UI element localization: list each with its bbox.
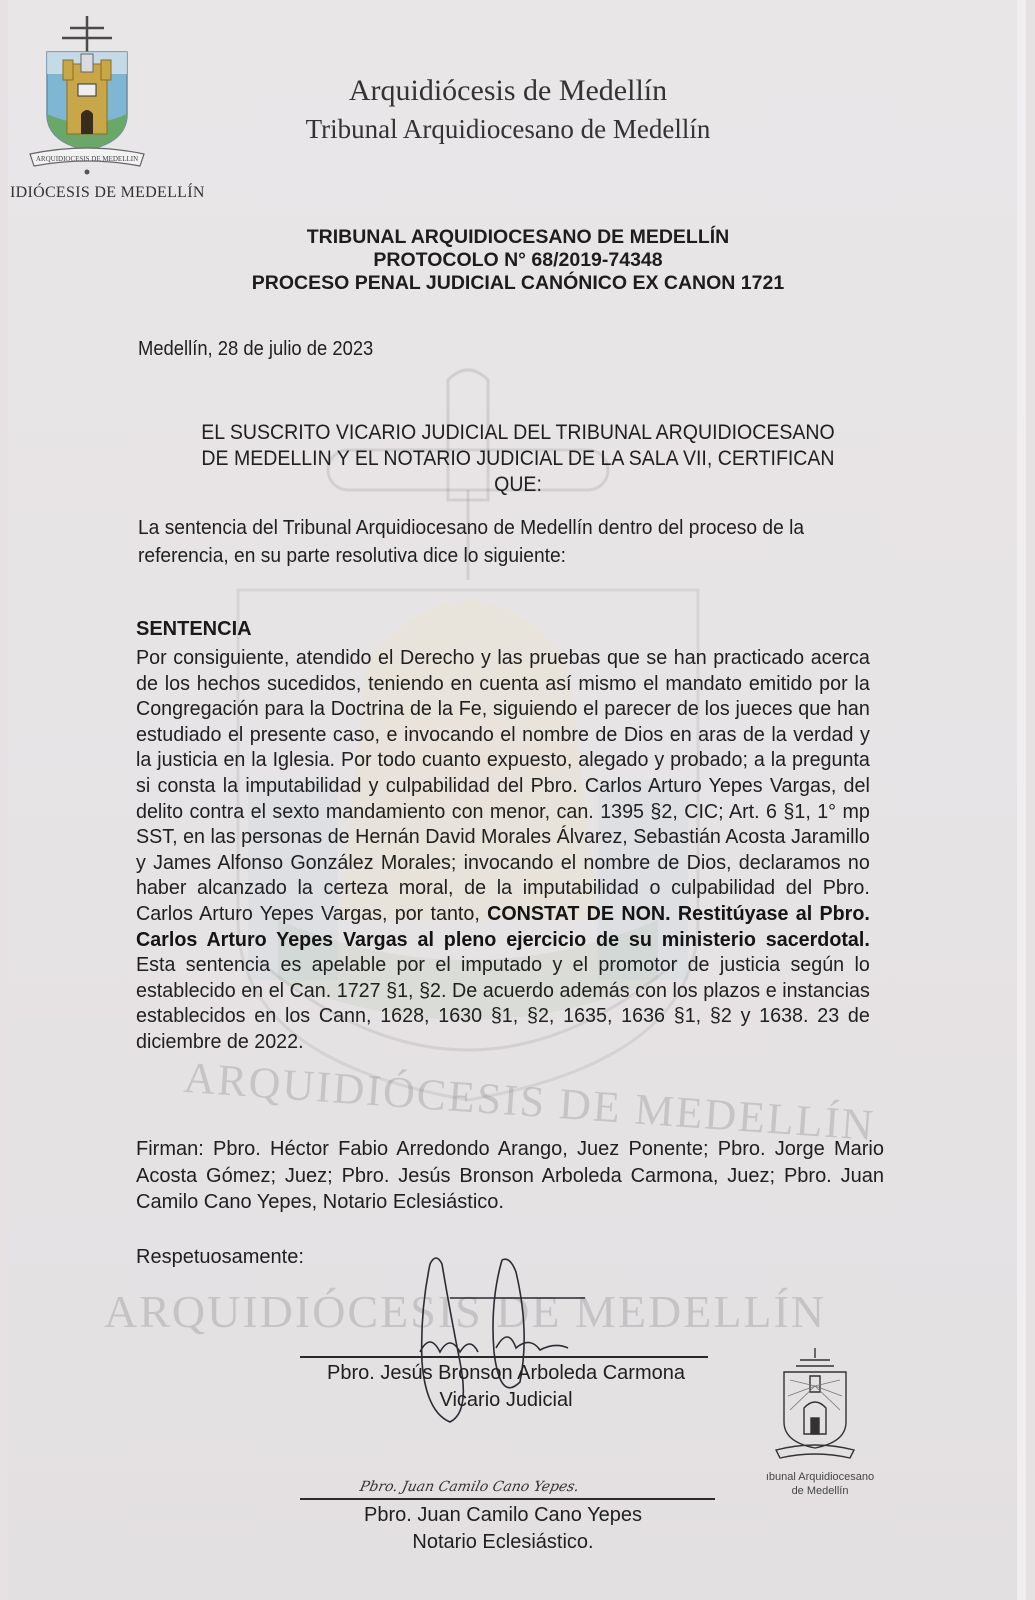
crest-caption: IDIÓCESIS DE MEDELLÍN: [10, 184, 205, 202]
seal-caption: ıbunal Arquidiocesano de Medellín: [750, 1470, 890, 1498]
document-date: Medellín, 28 de julio de 2023: [138, 338, 373, 361]
handwritten-signature-notary: Pbro. Juan Camilo Cano Yepes.: [358, 1479, 580, 1495]
heading-protocol: PROTOCOLO N° 68/2019-74348: [168, 249, 868, 272]
sentencia-body: Por consiguiente, atendido el Derecho y …: [136, 646, 870, 1056]
sentencia-title: SENTENCIA: [136, 618, 252, 641]
heading-tribunal: TRIBUNAL ARQUIDIOCESANO DE MEDELLÍN: [168, 226, 868, 249]
intro-paragraph: La sentencia del Tribunal Arquidiocesano…: [138, 514, 868, 570]
signatory-notary: Pbro. Juan Camilo Cano Yepes Notario Ecl…: [283, 1502, 723, 1556]
page-edge: [1017, 0, 1026, 1600]
tribunal-seal-icon: [770, 1346, 860, 1466]
svg-text:ARQUIDIOCESIS DE MEDELLIN: ARQUIDIOCESIS DE MEDELLIN: [36, 155, 138, 163]
certification-statement: EL SUSCRITO VICARIO JUDICIAL DEL TRIBUNA…: [165, 420, 872, 498]
letterhead-title: Arquidiócesis de Medellín: [8, 74, 1026, 108]
document-page: ARQUIDIÓCESIS DE MEDELLÍN ARQUIDIÓCESIS …: [8, 0, 1026, 1600]
signatures-list: Firman: Pbro. Héctor Fabio Arredondo Ara…: [136, 1136, 884, 1216]
signatory-vicar: Pbro. Jesús Bronson Arboleda Carmona Vic…: [286, 1360, 726, 1414]
signature-line-vicar: [300, 1356, 708, 1358]
document-heading: TRIBUNAL ARQUIDIOCESANO DE MEDELLÍN PROT…: [168, 226, 868, 295]
signature-line-notary: [300, 1498, 715, 1500]
heading-process: PROCESO PENAL JUDICIAL CANÓNICO EX CANON…: [168, 272, 868, 295]
closing-salutation: Respetuosamente:: [136, 1246, 304, 1269]
letterhead-subtitle: Tribunal Arquidiocesano de Medellín: [188, 114, 828, 145]
